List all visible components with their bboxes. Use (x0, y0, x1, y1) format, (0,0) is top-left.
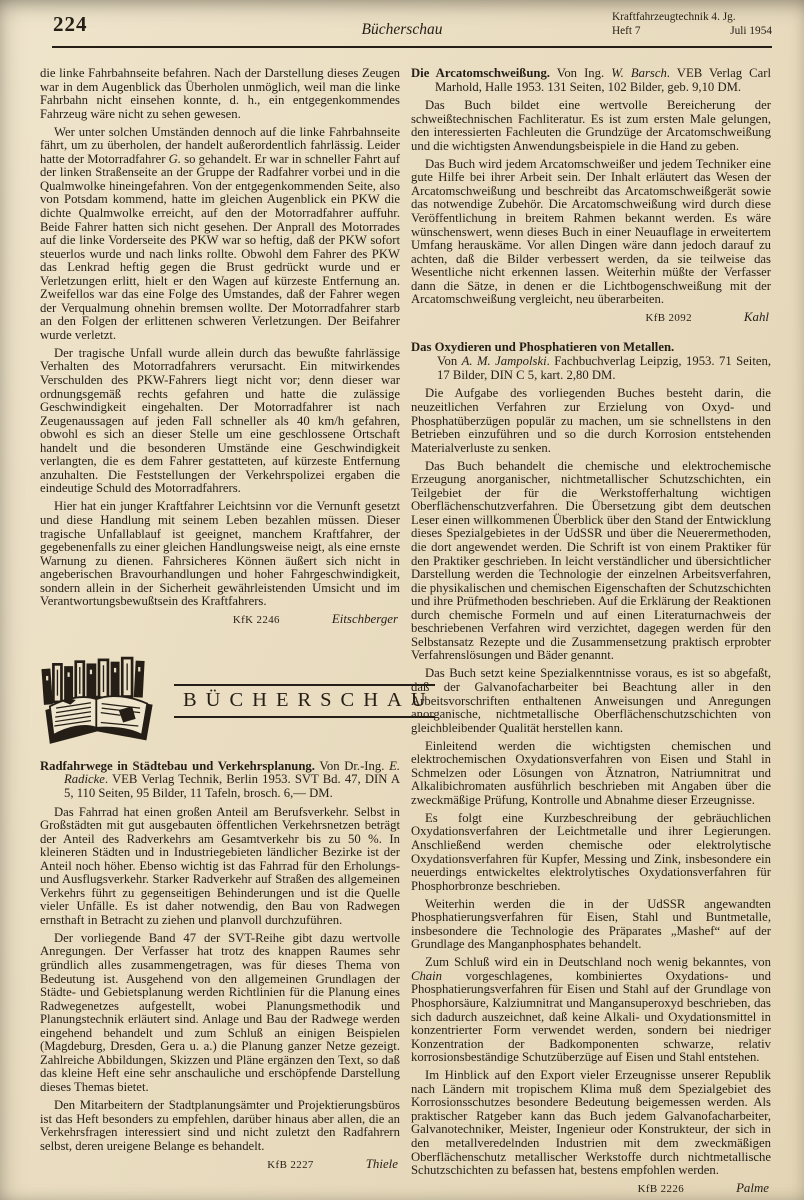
publication-info: . VEB Verlag Technik, Berlin 1953. SVT B… (64, 772, 400, 800)
reviewer-signature: Palme (736, 1182, 769, 1196)
content-columns: die linke Fahrbahnseite befahren. Nach d… (0, 48, 804, 1200)
review-paragraph: Den Mitarbeitern der Stadtplanungsämter … (40, 1099, 400, 1153)
person-name: Chain (411, 969, 442, 983)
page-header: 224 Bücherschau Kraftfahrzeugtechnik 4. … (0, 0, 804, 44)
left-column: die linke Fahrbahnseite befahren. Nach d… (40, 67, 400, 1200)
books-icon (40, 654, 158, 748)
book-title: Radfahrwege in Städtebau und Verkehrspla… (40, 759, 315, 773)
journal-page: 224 Bücherschau Kraftfahrzeugtechnik 4. … (0, 0, 804, 1200)
review-paragraph: Das Buch wird jedem Arcatomschweißer und… (411, 158, 771, 307)
banner-title: BÜCHERSCHAU (174, 686, 435, 716)
review-byline: Von A. M. Jampolski. Fachbuchverlag Leip… (411, 355, 771, 382)
person-initial: G. (169, 152, 181, 166)
review-paragraph: Der vorliegende Band 47 der SVT-Reihe gi… (40, 932, 400, 1095)
header-journal-info: Kraftfahrzeugtechnik 4. Jg. Heft 7 Juli … (612, 11, 772, 38)
review-paragraph: Einleitend werden die wichtigsten chemis… (411, 740, 771, 808)
review-heading: Die Arcatomschweißung. Von Ing. W. Barsc… (411, 67, 771, 94)
reviewer-signature: Thiele (366, 1158, 398, 1172)
review-paragraph: Zum Schluß wird ein in Deutschland noch … (411, 956, 771, 1064)
review-signature: KfB 2227 Thiele (40, 1158, 398, 1173)
byline: Von Ing. (550, 66, 611, 80)
journal-title: Kraftfahrzeugtechnik 4. Jg. (612, 11, 772, 25)
review-paragraph: Es folgt eine Kurzbeschreibung der gebrä… (411, 812, 771, 893)
reference-code: KfB 2226 (638, 1183, 684, 1197)
review-heading: Das Oxydieren und Phosphatieren von Meta… (411, 341, 771, 355)
author-signature: Eitschberger (332, 613, 398, 627)
paragraph-text: vorgeschlagenes, kombiniertes Oxydations… (411, 969, 771, 1064)
book-author: A. M. Jampolski (462, 354, 547, 368)
paragraph-text: Zum Schluß wird ein in Deutschland noch … (425, 955, 771, 969)
article-signature: KfK 2246 Eitschberger (40, 613, 398, 628)
review-heading: Radfahrwege in Städtebau und Verkehrspla… (40, 760, 400, 801)
reference-code: KfB 2092 (645, 312, 691, 326)
review-signature: KfB 2092 Kahl (411, 311, 769, 326)
buecherschau-banner: BÜCHERSCHAU (40, 654, 400, 748)
paragraph-text: so gehandelt. Er war in schneller Fahrt … (40, 152, 400, 342)
review-paragraph: Das Buch bildet eine wertvolle Bereicher… (411, 99, 771, 153)
article-paragraph: Hier hat ein junger Kraftfahrer Leichtsi… (40, 500, 400, 608)
review-paragraph: Das Buch behandelt die chemische und ele… (411, 460, 771, 663)
issue-date: Juli 1954 (730, 25, 772, 39)
review-signature: KfB 2226 Palme (411, 1182, 769, 1197)
article-paragraph: die linke Fahrbahnseite befahren. Nach d… (40, 67, 400, 121)
review-paragraph: Weiterhin werden die in der UdSSR angewa… (411, 898, 771, 952)
banner-title-block: BÜCHERSCHAU (174, 684, 435, 718)
issue-label: Heft 7 (612, 25, 641, 39)
right-column: Die Arcatomschweißung. Von Ing. W. Barsc… (411, 67, 771, 1200)
banner-rule-bottom (174, 716, 435, 718)
review-paragraph: Die Aufgabe des vorliegenden Buches best… (411, 387, 771, 455)
review-paragraph: Das Buch setzt keine Spezialkenntnisse v… (411, 667, 771, 735)
article-paragraph: Wer unter solchen Umständen dennoch auf … (40, 126, 400, 343)
byline: Von (437, 354, 462, 368)
byline: Von Dr.-Ing. (315, 759, 389, 773)
issue-line: Heft 7 Juli 1954 (612, 25, 772, 39)
review-paragraph: Das Fahrrad hat einen großen Anteil am B… (40, 806, 400, 928)
review-paragraph: Im Hinblick auf den Export vieler Erzeug… (411, 1069, 771, 1177)
article-paragraph: Der tragische Unfall wurde allein durch … (40, 347, 400, 496)
book-title: Die Arcatomschweißung. (411, 66, 550, 80)
reference-code: KfB 2227 (267, 1159, 313, 1173)
reviewer-signature: Kahl (744, 311, 769, 325)
book-author: W. Barsch (611, 66, 667, 80)
reference-code: KfK 2246 (233, 614, 280, 628)
